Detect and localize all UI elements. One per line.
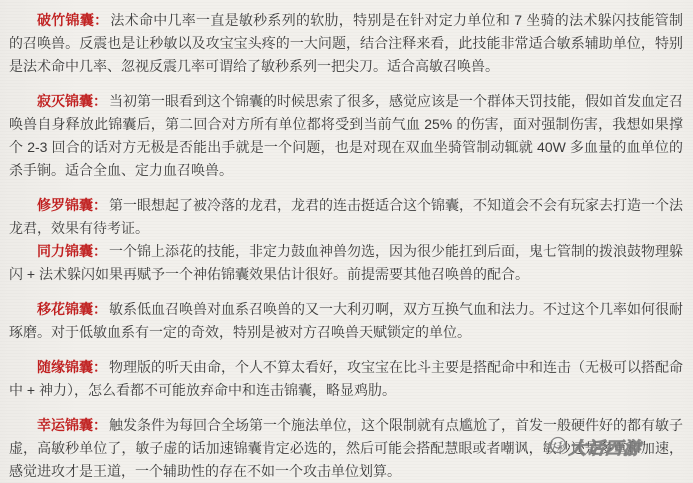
label-separator: ： [93, 93, 107, 109]
guide-entry-pozhu: 破竹锦囊：法术命中几率一直是敏秒系列的软肋，特别是在针对定力单位和 7 坐骑的法… [9, 9, 683, 78]
pouch-label-xiuluo: 修罗锦囊 [37, 197, 93, 213]
label-separator: ： [93, 359, 107, 375]
label-separator: ： [93, 417, 107, 433]
pouch-label-xingyun: 幸运锦囊 [37, 417, 93, 433]
pouch-label-jimie: 寂灭锦囊 [37, 93, 93, 109]
pouch-label-tongli: 同力锦囊 [37, 243, 93, 259]
label-separator: ： [93, 197, 107, 213]
guide-entry-xiuluo: 修罗锦囊：第一眼想起了被冷落的龙君，龙君的连击挺适合这个锦囊，不知道会不会有玩家… [9, 194, 683, 240]
label-separator: ： [93, 301, 107, 317]
guide-entry-suiyuan: 随缘锦囊：物理版的听天由命，个人不算太看好，攻宝宝在比斗主要是搭配命中和连击（无… [9, 356, 683, 402]
article-page: 破竹锦囊：法术命中几率一直是敏秒系列的软肋，特别是在针对定力单位和 7 坐骑的法… [0, 0, 693, 483]
pouch-label-suiyuan: 随缘锦囊 [37, 359, 93, 375]
entry-text: 当初第一眼看到这个锦囊的时候思索了很多，感觉应该是一个群体天罚技能，假如首发血定… [9, 93, 683, 178]
guide-entry-xingyun: 幸运锦囊：触发条件为每回合全场第一个施法单位，这个限制就有点尴尬了，首发一般硬件… [9, 414, 683, 483]
entry-text: 第一眼想起了被冷落的龙君，龙君的连击挺适合这个锦囊，不知道会不会有玩家去打造一个… [9, 197, 683, 236]
guide-entry-jimie: 寂灭锦囊：当初第一眼看到这个锦囊的时候思索了很多，感觉应该是一个群体天罚技能，假… [9, 90, 683, 182]
pouch-label-yihua: 移花锦囊 [37, 301, 93, 317]
label-separator: ： [94, 12, 108, 28]
guide-entry-tongli: 同力锦囊：一个锦上添花的技能，非定力鼓血神兽勿选，因为很少能扛到后面，鬼七管制的… [9, 240, 683, 286]
entry-text: 法术命中几率一直是敏秒系列的软肋，特别是在针对定力单位和 7 坐骑的法术躲闪技能… [9, 12, 683, 74]
entry-text: 物理版的听天由命，个人不算太看好，攻宝宝在比斗主要是搭配命中和连击（无极可以搭配… [9, 359, 683, 398]
entry-text: 触发条件为每回合全场第一个施法单位，这个限制就有点尴尬了，首发一般硬件好的都有敏… [9, 417, 683, 479]
label-separator: ： [93, 243, 107, 259]
entry-text: 敏系低血召唤兽对血系召唤兽的又一大利刃啊，双方互换气血和法力。不过这个几率如何很… [9, 301, 683, 340]
guide-entry-yihua: 移花锦囊：敏系低血召唤兽对血系召唤兽的又一大利刃啊，双方互换气血和法力。不过这个… [9, 298, 683, 344]
pouch-label-pozhu: 破竹锦囊 [37, 12, 94, 28]
entry-text: 一个锦上添花的技能，非定力鼓血神兽勿选，因为很少能扛到后面，鬼七管制的拨浪鼓物理… [9, 243, 683, 282]
